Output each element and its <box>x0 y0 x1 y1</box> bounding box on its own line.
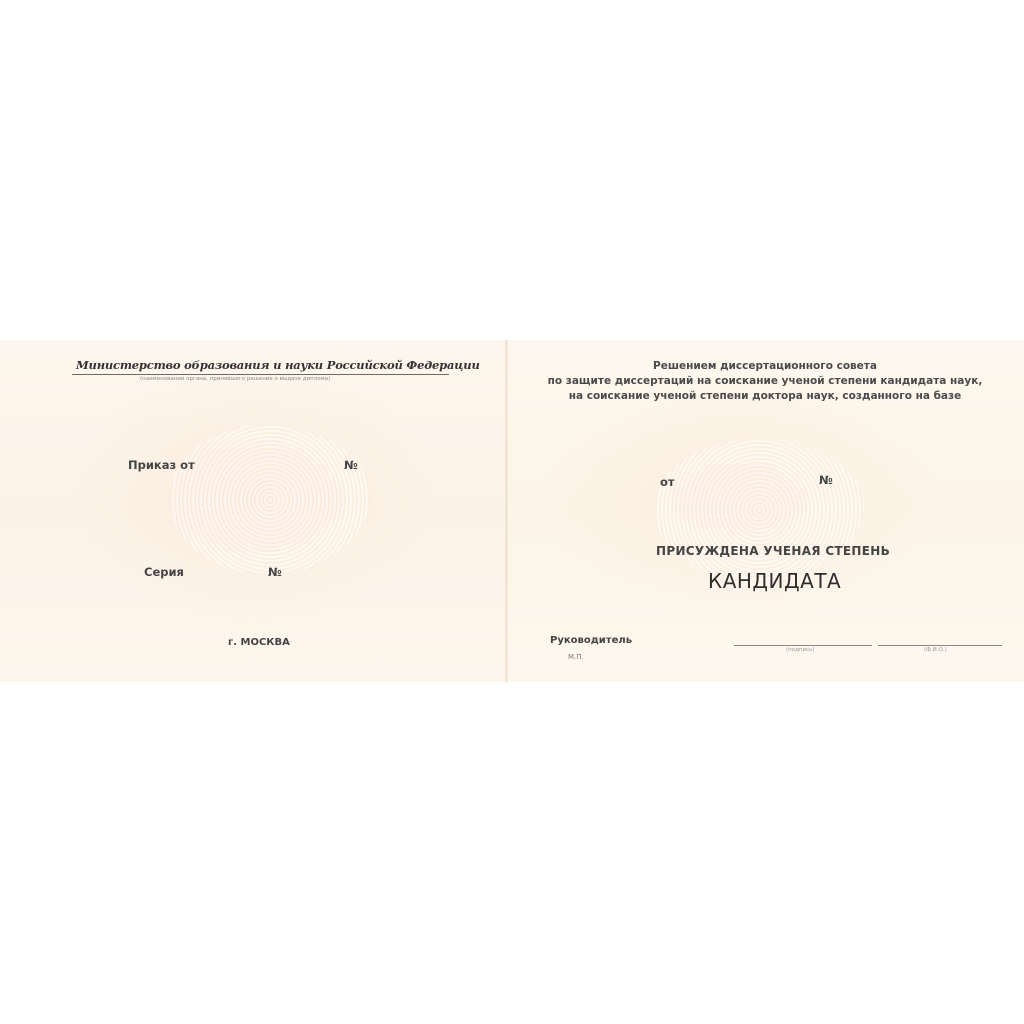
watermark-rosette <box>654 440 864 580</box>
stamp-label: М.П. <box>568 653 584 661</box>
name-line <box>878 645 1002 646</box>
awarded-label: ПРИСУЖДЕНА УЧЕНАЯ СТЕПЕНЬ <box>656 544 890 558</box>
series-number-label: № <box>268 565 282 579</box>
council-line-1: Решением диссертационного совета <box>506 359 1024 374</box>
left-page: Министерство образования и науки Российс… <box>0 340 506 682</box>
council-line-3: на соискание ученой степени доктора наук… <box>506 389 1024 404</box>
signature-line <box>734 645 872 646</box>
order-from-label: Приказ от <box>128 458 195 472</box>
fold-line <box>505 340 508 682</box>
watermark-rosette <box>170 425 370 575</box>
order-number-label: № <box>344 458 358 472</box>
decision-number-label: № <box>819 473 833 487</box>
signature-note: (подпись) <box>786 647 815 653</box>
city-label: г. МОСКВА <box>228 637 290 648</box>
diploma-spread: Министерство образования и науки Российс… <box>0 340 1024 682</box>
series-label: Серия <box>144 565 184 579</box>
council-line-2: по защите диссертаций на соискание учено… <box>506 374 1024 389</box>
right-page: Решением диссертационного совета по защи… <box>506 340 1024 682</box>
degree-title: КАНДИДАТА <box>708 569 841 593</box>
ministry-underline <box>72 374 449 375</box>
decision-from-label: от <box>660 475 675 489</box>
head-label: Руководитель <box>550 635 632 646</box>
name-note: (Ф.И.О.) <box>924 647 947 653</box>
ministry-note: (наименование органа, принявшего решение… <box>140 376 330 382</box>
ministry-title: Министерство образования и науки Российс… <box>76 358 480 372</box>
